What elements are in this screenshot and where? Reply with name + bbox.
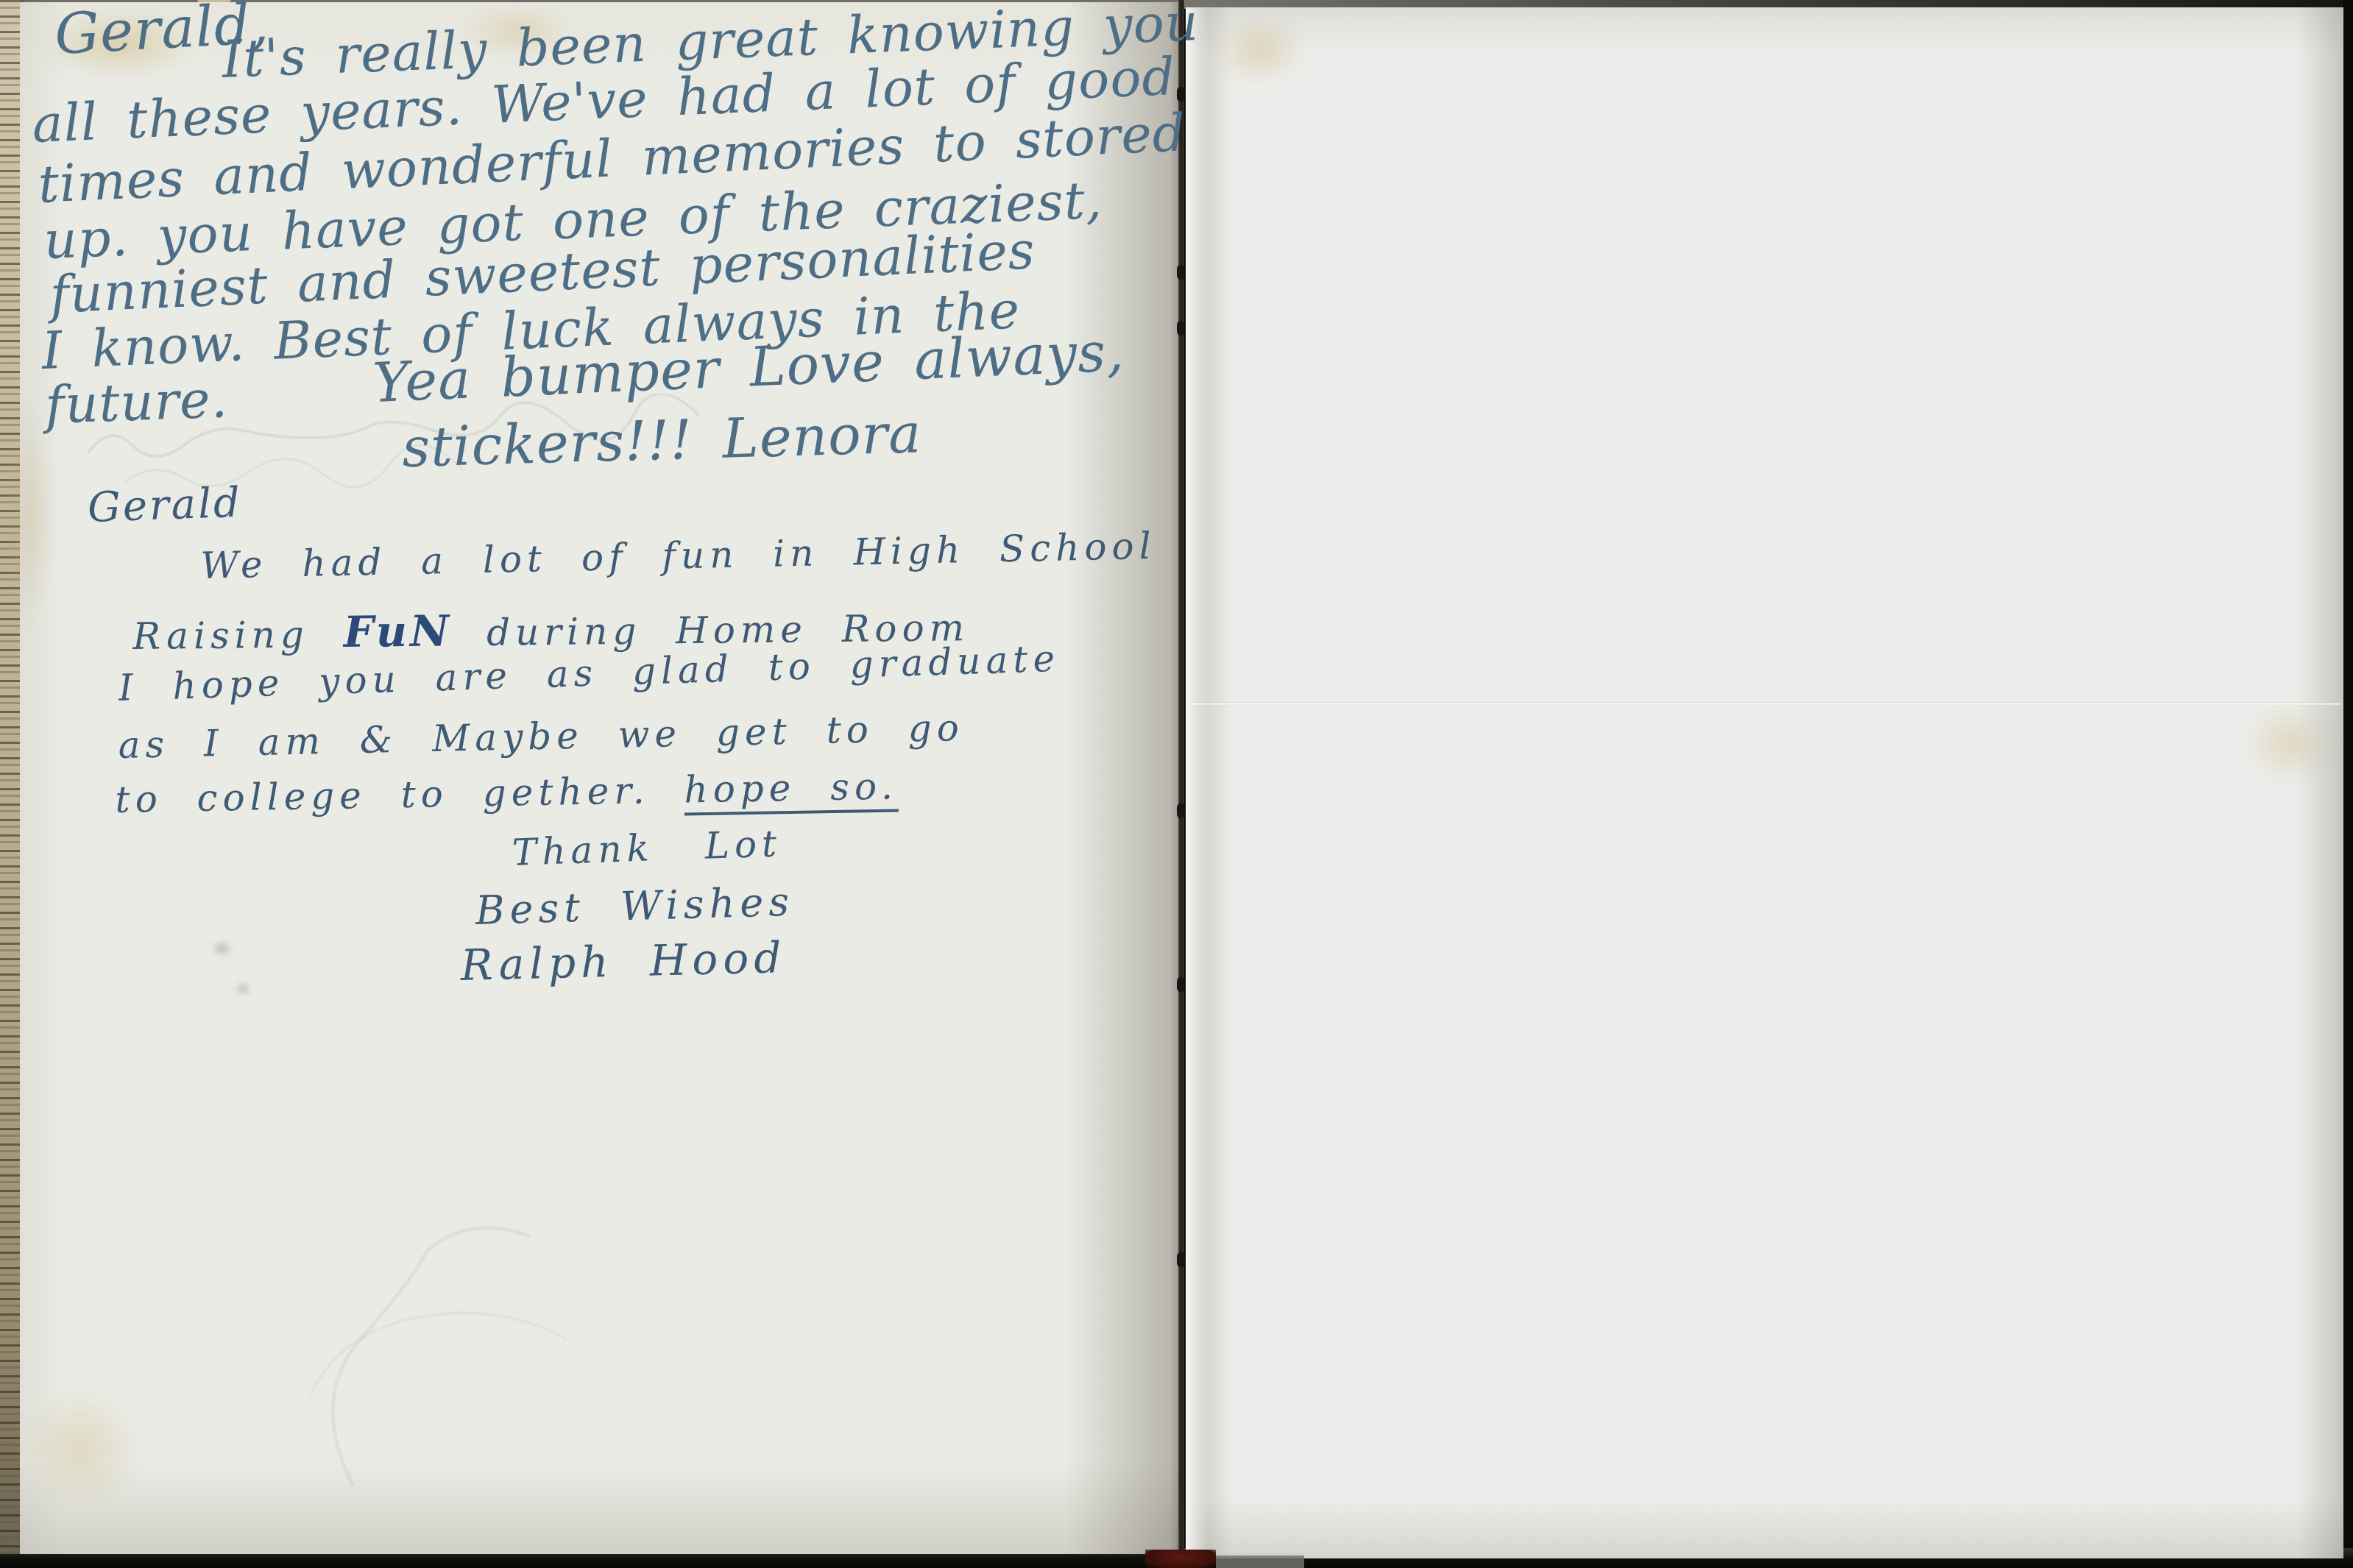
binding-stitch [1177, 321, 1185, 336]
right-page [1186, 7, 2343, 1558]
age-stain [18, 1388, 143, 1511]
ralph-salutation: Gerald [87, 479, 243, 532]
binding-stitch [1177, 1252, 1185, 1267]
ink-smudge [237, 985, 249, 993]
binding-stitch [1177, 803, 1185, 818]
ralph-line-2-emphasis: FuN [343, 606, 452, 657]
ralph-signature: Ralph Hood [460, 932, 787, 990]
page-fore-edge-left [0, 0, 20, 1554]
ink-smudge [215, 943, 230, 954]
right-page-crease [1189, 702, 2341, 706]
binding-stitch [1177, 87, 1185, 102]
ralph-line-2-pre: Raising [132, 613, 309, 658]
spine-maroon-patch [1145, 1550, 1216, 1568]
bottom-gray-patch [1216, 1555, 1304, 1568]
age-stain [2243, 700, 2338, 786]
age-stain [1211, 15, 1307, 85]
binding-gutter [1178, 0, 1184, 1554]
lenora-line-7: future. [44, 369, 229, 436]
binding-stitch [1177, 265, 1185, 280]
ralph-line-5-underlined: hope so. [684, 765, 899, 815]
ralph-closing-2: Best Wishes [475, 879, 795, 934]
binding-stitch [1177, 977, 1185, 992]
scan-right-edge [2343, 0, 2353, 1568]
yearbook-open-spread-scan: Gerald, It's really been great knowing y… [0, 0, 2353, 1568]
